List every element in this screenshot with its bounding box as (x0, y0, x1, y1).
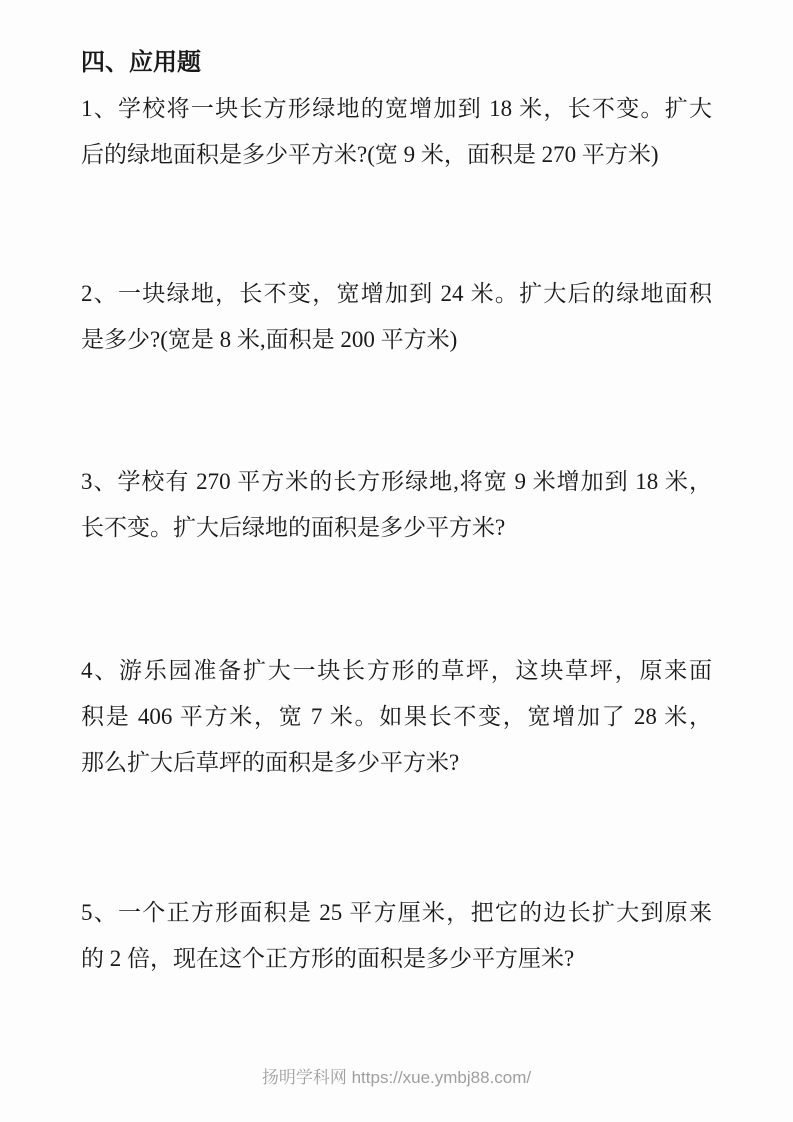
problem-5-line-2: 的 2 倍，现在这个正方形的面积是多少平方厘米? (81, 936, 712, 982)
problem-5-line-1: 5、一个正方形面积是 25 平方厘米，把它的边长扩大到原来 (81, 890, 712, 936)
problem-1: 1、学校将一块长方形绿地的宽增加到 18 米，长不变。扩大 后的绿地面积是多少平… (81, 86, 712, 178)
worksheet-content: 四、应用题 1、学校将一块长方形绿地的宽增加到 18 米，长不变。扩大 后的绿地… (81, 40, 712, 982)
problem-5: 5、一个正方形面积是 25 平方厘米，把它的边长扩大到原来 的 2 倍，现在这个… (81, 890, 712, 982)
section-heading: 四、应用题 (81, 40, 712, 86)
problem-1-line-1: 1、学校将一块长方形绿地的宽增加到 18 米，长不变。扩大 (81, 86, 712, 132)
site-watermark: 扬明学科网 https://xue.ymbj88.com/ (0, 1062, 793, 1094)
problem-4: 4、游乐园准备扩大一块长方形的草坪，这块草坪，原来面 积是 406 平方米，宽 … (81, 648, 712, 786)
problem-3-line-2: 长不变。扩大后绿地的面积是多少平方米? (81, 505, 712, 551)
problem-4-line-3: 那么扩大后草坪的面积是多少平方米? (81, 740, 712, 786)
problem-2-line-1: 2、一块绿地，长不变，宽增加到 24 米。扩大后的绿地面积 (81, 271, 712, 317)
problem-1-line-2: 后的绿地面积是多少平方米?(宽 9 米，面积是 270 平方米) (81, 132, 712, 178)
problem-2-line-2: 是多少?(宽是 8 米,面积是 200 平方米) (81, 317, 712, 363)
problem-4-line-1: 4、游乐园准备扩大一块长方形的草坪，这块草坪，原来面 (81, 648, 712, 694)
problem-2: 2、一块绿地，长不变，宽增加到 24 米。扩大后的绿地面积 是多少?(宽是 8 … (81, 271, 712, 363)
problem-3: 3、学校有 270 平方米的长方形绿地,将宽 9 米增加到 18 米， 长不变。… (81, 459, 712, 551)
worksheet-page: 四、应用题 1、学校将一块长方形绿地的宽增加到 18 米，长不变。扩大 后的绿地… (0, 0, 793, 1122)
problem-3-line-1: 3、学校有 270 平方米的长方形绿地,将宽 9 米增加到 18 米， (81, 459, 712, 505)
problem-4-line-2: 积是 406 平方米，宽 7 米。如果长不变，宽增加了 28 米， (81, 694, 712, 740)
